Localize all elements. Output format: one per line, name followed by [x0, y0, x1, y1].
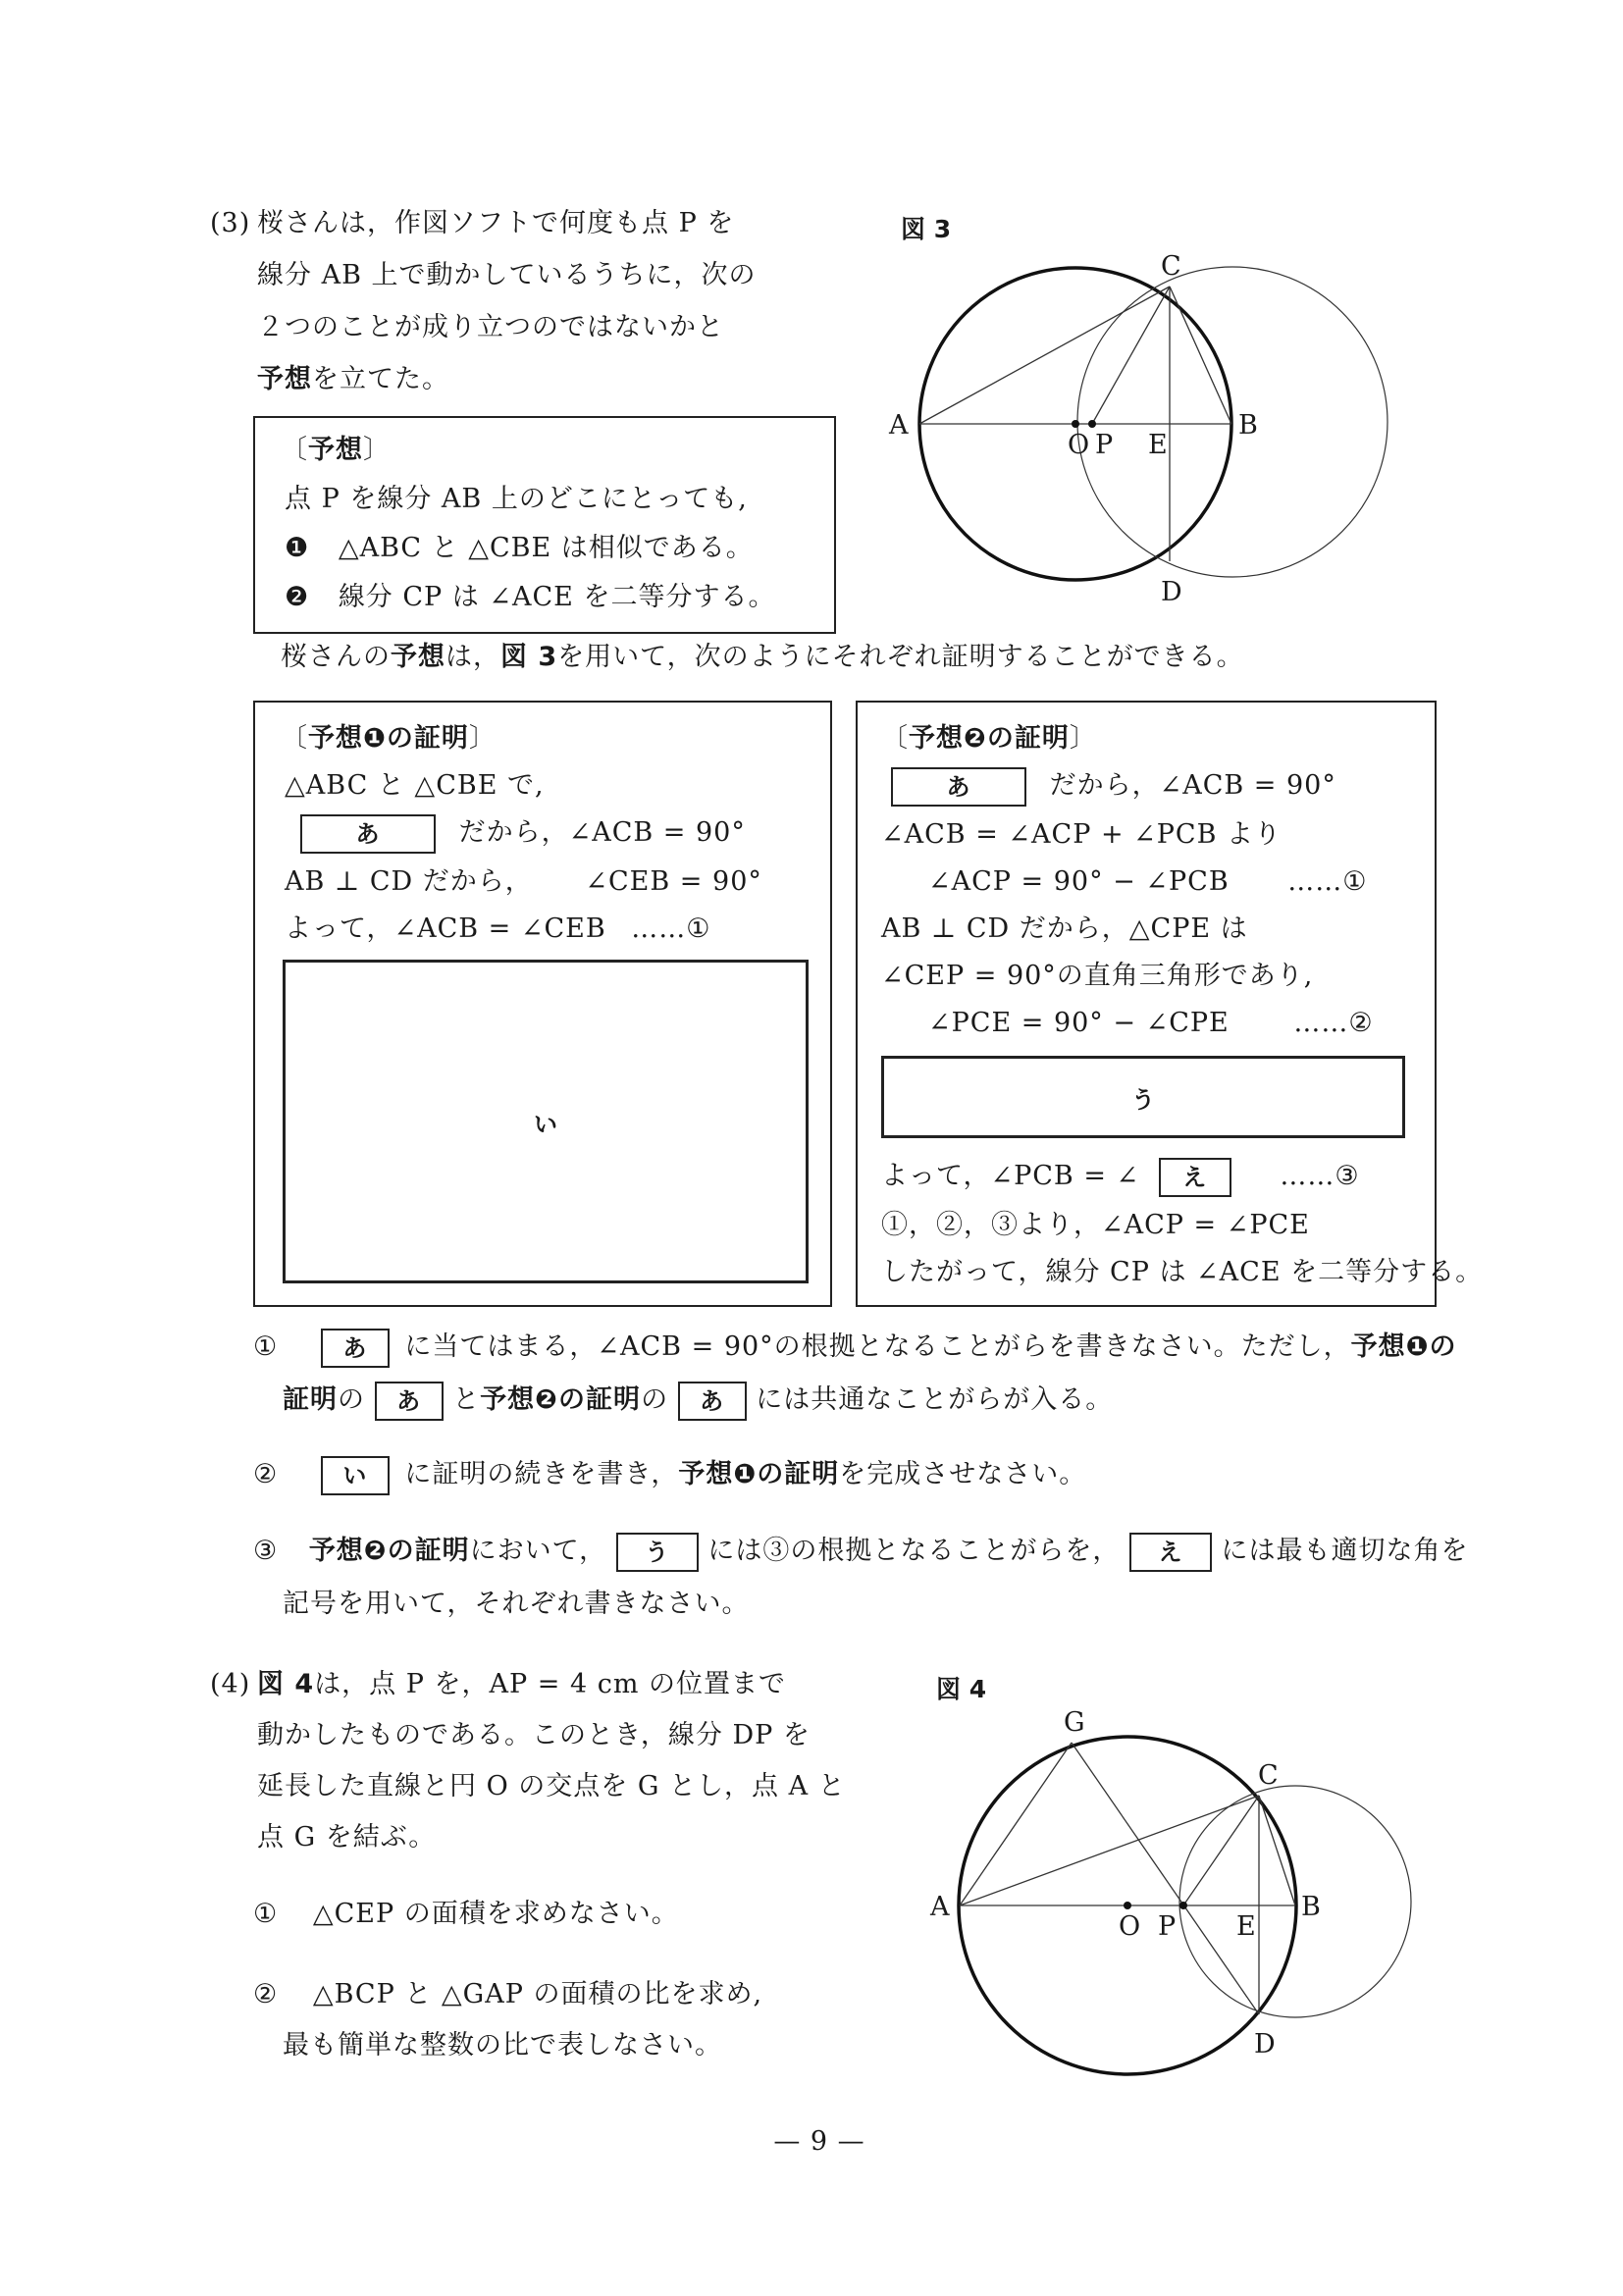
blank-u-label: う	[1131, 1080, 1155, 1115]
bracket-close: 〕	[363, 435, 391, 465]
label-o: O	[1068, 430, 1089, 460]
proof1-title-text: 予想❶の証明	[308, 723, 469, 754]
ref-1: ……①	[1287, 866, 1367, 897]
label-b: B	[1238, 410, 1258, 441]
proof2-line9: したがって，線分 CP は ∠ACE を二等分する。	[881, 1248, 1483, 1297]
question-bold: 予想❶の証明	[678, 1459, 839, 1489]
question-text: には共通なことがらが入る。	[756, 1384, 1113, 1415]
label-c: C	[1161, 251, 1181, 282]
question-number: ②	[253, 1459, 278, 1489]
proof1-line1: △ABC と △CBE で,	[285, 761, 545, 810]
label-e: E	[1236, 1911, 1256, 1942]
question-text: と	[452, 1384, 480, 1415]
bracket-open: 〔	[281, 435, 308, 465]
question-text: には最も適切な角を	[1222, 1536, 1469, 1566]
bracket-close: 〕	[469, 723, 497, 754]
proof1-line3-right: ∠CEB = 90°	[585, 866, 761, 897]
segment-ac	[919, 287, 1170, 424]
question-3-1-line1: ① あ に当てはまる，∠ACB = 90°の根拠となることがらを書きなさい。ただ…	[253, 1323, 1457, 1372]
label-b: B	[1301, 1892, 1321, 1922]
question-text: を完成させなさい。	[839, 1459, 1086, 1489]
blank-i-answer-area[interactable]: い	[283, 960, 809, 1283]
part4-number: (4)	[210, 1660, 250, 1709]
proof2-line1: あ だから，∠ACB = 90°	[891, 761, 1336, 810]
proof2-line5: ∠CEP = 90°の直角三角形であり,	[881, 952, 1313, 1001]
question-text: △BCP と △GAP の面積の比を求め,	[313, 1979, 762, 2009]
label-a: A	[888, 410, 909, 441]
proof1-line2-text: だから，∠ACB = 90°	[459, 817, 746, 848]
label-e: E	[1148, 430, 1168, 460]
conjecture-title: 〔予想〕	[281, 426, 391, 475]
segment-ac	[960, 1796, 1259, 1905]
label-o: O	[1119, 1911, 1140, 1942]
question-number: ①	[253, 1899, 278, 1929]
part4-line1: 図 4は，点 P を，AP = 4 cm の位置まで	[257, 1660, 786, 1709]
question-number: ②	[253, 1979, 278, 2009]
question-3-2: ② い に証明の続きを書き，予想❶の証明を完成させなさい。	[253, 1450, 1086, 1499]
label-a: A	[929, 1892, 950, 1922]
blank-a[interactable]: あ	[678, 1382, 747, 1421]
proof2-line7: よって，∠PCB = ∠ え ……③	[881, 1152, 1360, 1201]
part3-number: (3)	[210, 199, 250, 248]
point-p-dot	[1179, 1902, 1187, 1909]
question-bold: 予想❷の証明	[309, 1536, 470, 1566]
conjecture-term: 予想	[257, 364, 312, 394]
question-text: において，	[470, 1536, 606, 1566]
question-3-3-line1: ③ 予想❷の証明において， う には③の根拠となることがらを， え には最も適切…	[253, 1527, 1469, 1576]
question-3-3-line2: 記号を用いて，それぞれ書きなさい。	[283, 1580, 749, 1629]
proof2-line1-text: だから，∠ACB = 90°	[1050, 770, 1336, 801]
circled-2-icon: ❷	[285, 582, 309, 612]
figure3-diagram: A B C D E O P	[883, 235, 1452, 628]
part4-line3: 延長した直線と円 O の交点を G とし，点 A と	[257, 1762, 846, 1811]
bracket-open: 〔	[881, 723, 909, 754]
part4-line4: 点 G を結ぶ。	[257, 1813, 436, 1862]
part4-line1-text: は，点 P を，AP = 4 cm の位置まで	[314, 1669, 786, 1699]
circled-1-icon: ❶	[285, 533, 309, 563]
question-4-2-line2: 最も簡単な整数の比で表しなさい。	[283, 2021, 722, 2070]
proof1-line3: AB ⊥ CD だから， ∠CEB = 90°	[285, 858, 762, 907]
proof2-line6-text: ∠PCE = 90° − ∠CPE	[928, 1008, 1230, 1038]
blank-a[interactable]: あ	[300, 814, 436, 854]
segment-bc	[1170, 287, 1231, 424]
proof1-line3-left: AB ⊥ CD だから，	[285, 866, 533, 897]
proof2-title: 〔予想❷の証明〕	[881, 714, 1097, 763]
segment-ag	[960, 1743, 1072, 1905]
blank-u[interactable]: う	[616, 1533, 699, 1572]
blank-a[interactable]: あ	[321, 1329, 390, 1368]
question-4-1: ① △CEP の面積を求めなさい。	[253, 1890, 679, 1939]
part4-line2: 動かしたものである。このとき，線分 DP を	[257, 1711, 811, 1760]
proof2-line8: ①，②，③より，∠ACP = ∠PCE	[881, 1201, 1310, 1250]
question-4-2-line1: ② △BCP と △GAP の面積の比を求め,	[253, 1970, 762, 2019]
blank-e[interactable]: え	[1129, 1533, 1212, 1572]
statement-a: 桜さんの	[281, 642, 391, 672]
proof1-title: 〔予想❶の証明〕	[281, 714, 497, 763]
ref-3: ……③	[1280, 1161, 1359, 1191]
label-p: P	[1158, 1911, 1176, 1942]
proof2-box: 〔予想❷の証明〕 あ だから，∠ACB = 90° ∠ACB = ∠ACP + …	[856, 701, 1437, 1307]
proof2-line3-text: ∠ACP = 90° − ∠PCB	[928, 866, 1230, 897]
question-number: ①	[253, 1331, 278, 1362]
proof2-title-text: 予想❷の証明	[909, 723, 1070, 754]
bracket-open: 〔	[281, 723, 308, 754]
segment-bc	[1259, 1796, 1295, 1905]
part3-intro-line4: 予想を立てた。	[257, 355, 449, 404]
point-p-dot	[1088, 420, 1096, 428]
question-bold: 証明	[283, 1384, 338, 1415]
question-text: に証明の続きを書き，	[404, 1459, 678, 1489]
blank-i[interactable]: い	[321, 1456, 390, 1495]
conjecture-item2: ❷ 線分 CP は ∠ACE を二等分する。	[285, 573, 775, 622]
blank-u-answer-area[interactable]: う	[881, 1056, 1405, 1138]
conjecture-item1-text: △ABC と △CBE は相似である。	[339, 533, 754, 563]
label-d: D	[1161, 577, 1182, 607]
point-o-dot	[1072, 420, 1079, 428]
part3-intro-line2: 線分 AB 上で動かしているうちに，次の	[257, 251, 757, 300]
proof-intro-statement: 桜さんの予想は，図 3を用いて，次のようにそれぞれ証明することができる。	[281, 633, 1244, 682]
label-c: C	[1258, 1760, 1279, 1791]
intro-tail: を立てた。	[312, 364, 449, 394]
question-text: の	[641, 1384, 668, 1415]
question-text: には③の根拠となることがらを，	[707, 1536, 1120, 1566]
question-bold: 予想❷の証明	[480, 1384, 641, 1415]
segment-gd	[1072, 1743, 1259, 2014]
point-o-dot	[1124, 1902, 1131, 1909]
question-text: △CEP の面積を求めなさい。	[313, 1899, 679, 1929]
conjecture-title-text: 予想	[308, 435, 363, 465]
proof1-line4-text: よって，∠ACB = ∠CEB	[285, 913, 606, 944]
statement-c: は，	[445, 642, 500, 672]
question-text: の	[338, 1384, 365, 1415]
label-d: D	[1254, 2029, 1276, 2060]
blank-a[interactable]: あ	[375, 1382, 444, 1421]
statement-bold-conjecture: 予想	[391, 642, 445, 672]
label-p: P	[1095, 430, 1113, 460]
proof1-box: 〔予想❶の証明〕 △ABC と △CBE で, あ だから，∠ACB = 90°…	[253, 701, 832, 1307]
proof1-line4: よって，∠ACB = ∠CEB ……①	[285, 905, 711, 954]
conjecture-line1: 点 P を線分 AB 上のどこにとっても,	[285, 475, 748, 524]
figure4-diagram: A B C D E G O P	[922, 1697, 1452, 2090]
label-g: G	[1064, 1707, 1085, 1738]
blank-e[interactable]: え	[1159, 1158, 1231, 1197]
ref-1: ……①	[631, 913, 710, 944]
conjecture-item1: ❶ △ABC と △CBE は相似である。	[285, 524, 754, 573]
conjecture-box: 〔予想〕 点 P を線分 AB 上のどこにとっても, ❶ △ABC と △CBE…	[253, 416, 836, 634]
proof2-line7-text: よって，∠PCB = ∠	[881, 1161, 1139, 1191]
question-bold: 予想❶の	[1351, 1331, 1457, 1362]
conjecture-item2-text: 線分 CP は ∠ACE を二等分する。	[339, 582, 776, 612]
proof2-line6: ∠PCE = 90° − ∠CPE ……②	[928, 999, 1374, 1048]
proof1-line2: あ だから，∠ACB = 90°	[300, 809, 746, 858]
blank-i-label: い	[534, 1105, 557, 1139]
ref-2: ……②	[1293, 1008, 1373, 1038]
question-number: ③	[253, 1536, 278, 1566]
proof2-line3: ∠ACP = 90° − ∠PCB ……①	[928, 858, 1367, 907]
statement-bold-figure: 図 3	[500, 642, 557, 672]
proof2-line2: ∠ACB = ∠ACP + ∠PCB より	[881, 810, 1282, 860]
question-3-1-line2: 証明の あ と予想❷の証明の あ には共通なことがらが入る。	[283, 1376, 1113, 1425]
figure-ref: 図 4	[257, 1669, 314, 1699]
part3-intro-line1: 桜さんは，作図ソフトで何度も点 P を	[257, 199, 734, 248]
part3-intro-line3: ２つのことが成り立つのではないかと	[257, 303, 724, 352]
page-number: — 9 —	[746, 2117, 893, 2166]
blank-a[interactable]: あ	[891, 767, 1026, 807]
proof2-line4: AB ⊥ CD だから，△CPE は	[881, 905, 1248, 954]
bracket-close: 〕	[1070, 723, 1097, 754]
question-text: に当てはまる，∠ACB = 90°の根拠となることがらを書きなさい。ただし，	[404, 1331, 1350, 1362]
statement-e: を用いて，次のようにそれぞれ証明することができる。	[557, 642, 1243, 672]
